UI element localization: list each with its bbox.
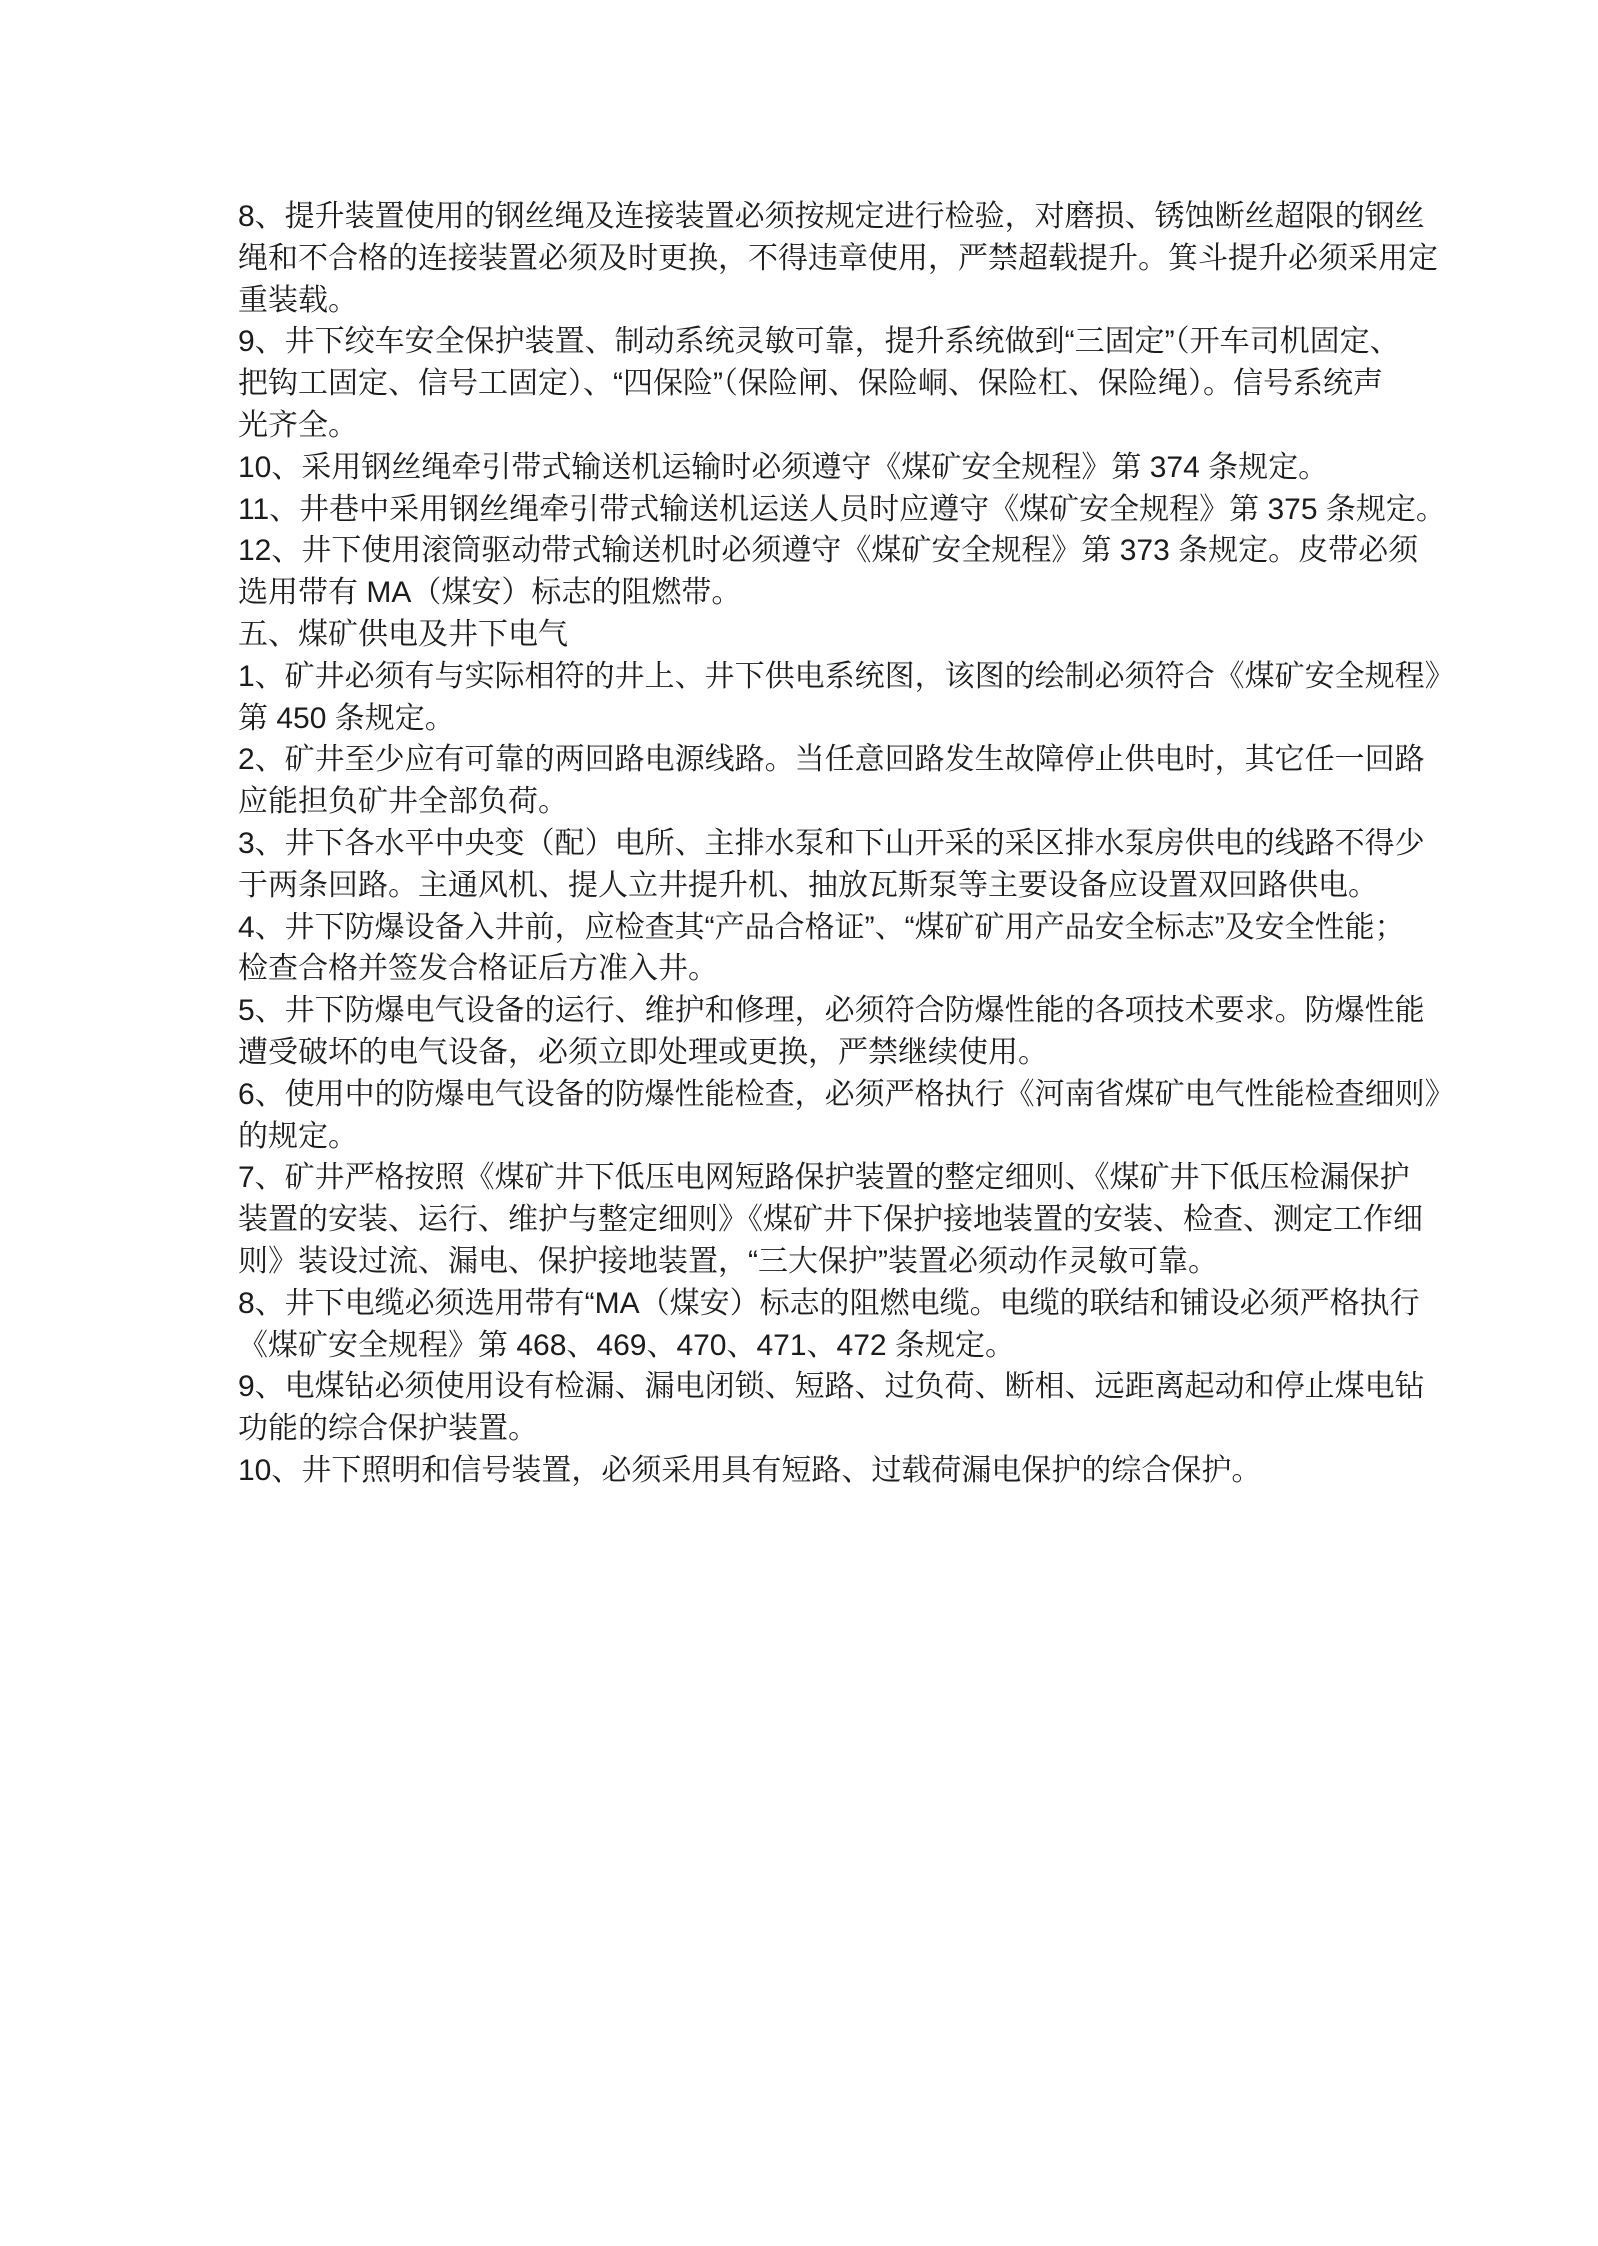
- text-line: 7、矿井严格按照《煤矿井下低压电网短路保护装置的整定细则、《煤矿井下低压检漏保护: [238, 1157, 1372, 1199]
- text-line: 遭受破坏的电气设备，必须立即处理或更换，严禁继续使用。: [238, 1032, 1372, 1074]
- text-line: 则》装设过流、漏电、保护接地装置，“三大保护”装置必须动作灵敏可靠。: [238, 1241, 1372, 1283]
- paragraph: 1、矿井必须有与实际相符的井上、井下供电系统图，该图的绘制必须符合《煤矿安全规程…: [238, 656, 1372, 740]
- text-line: 10、井下照明和信号装置，必须采用具有短路、过载荷漏电保护的综合保护。: [238, 1450, 1372, 1492]
- text-line: 8、井下电缆必须选用带有“MA（煤安）标志的阻燃电缆。电缆的联结和铺设必须严格执…: [238, 1283, 1372, 1325]
- paragraph: 6、使用中的防爆电气设备的防爆性能检查，必须严格执行《河南省煤矿电气性能检查细则…: [238, 1074, 1372, 1158]
- text-line: 6、使用中的防爆电气设备的防爆性能检查，必须严格执行《河南省煤矿电气性能检查细则…: [238, 1074, 1372, 1116]
- text-line: 第 450 条规定。: [238, 698, 1372, 740]
- paragraph: 3、井下各水平中央变（配）电所、主排水泵和下山开采的采区排水泵房供电的线路不得少…: [238, 823, 1372, 907]
- paragraph: 8、井下电缆必须选用带有“MA（煤安）标志的阻燃电缆。电缆的联结和铺设必须严格执…: [238, 1283, 1372, 1367]
- text-line: 11、井巷中采用钢丝绳牵引带式输送机运送人员时应遵守《煤矿安全规程》第 375 …: [238, 489, 1372, 531]
- paragraph: 10、井下照明和信号装置，必须采用具有短路、过载荷漏电保护的综合保护。: [238, 1450, 1372, 1492]
- text-line: 9、井下绞车安全保护装置、制动系统灵敏可靠，提升系统做到“三固定”（开车司机固定…: [238, 321, 1372, 363]
- text-line: 五、煤矿供电及井下电气: [238, 614, 1372, 656]
- text-line: 9、电煤钻必须使用设有检漏、漏电闭锁、短路、过负荷、断相、远距离起动和停止煤电钻: [238, 1366, 1372, 1408]
- text-line: 绳和不合格的连接装置必须及时更换，不得违章使用，严禁超载提升。箕斗提升必须采用定: [238, 238, 1372, 280]
- text-line: 10、采用钢丝绳牵引带式输送机运输时必须遵守《煤矿安全规程》第 374 条规定。: [238, 447, 1372, 489]
- text-line: 功能的综合保护装置。: [238, 1408, 1372, 1450]
- text-line: 《煤矿安全规程》第 468、469、470、471、472 条规定。: [238, 1325, 1372, 1367]
- paragraph: 五、煤矿供电及井下电气: [238, 614, 1372, 656]
- text-line: 检查合格并签发合格证后方准入井。: [238, 948, 1372, 990]
- paragraph: 8、提升装置使用的钢丝绳及连接装置必须按规定进行检验，对磨损、锈蚀断丝超限的钢丝…: [238, 196, 1372, 321]
- document-text-block: 8、提升装置使用的钢丝绳及连接装置必须按规定进行检验，对磨损、锈蚀断丝超限的钢丝…: [238, 196, 1372, 1492]
- text-line: 应能担负矿井全部负荷。: [238, 781, 1372, 823]
- document-page: 8、提升装置使用的钢丝绳及连接装置必须按规定进行检验，对磨损、锈蚀断丝超限的钢丝…: [0, 0, 1598, 2246]
- text-line: 重装载。: [238, 280, 1372, 322]
- text-line: 12、井下使用滚筒驱动带式输送机时必须遵守《煤矿安全规程》第 373 条规定。皮…: [238, 530, 1372, 572]
- text-line: 装置的安装、运行、维护与整定细则》《煤矿井下保护接地装置的安装、检查、测定工作细: [238, 1199, 1372, 1241]
- paragraph: 12、井下使用滚筒驱动带式输送机时必须遵守《煤矿安全规程》第 373 条规定。皮…: [238, 530, 1372, 614]
- paragraph: 11、井巷中采用钢丝绳牵引带式输送机运送人员时应遵守《煤矿安全规程》第 375 …: [238, 489, 1372, 531]
- paragraph: 9、电煤钻必须使用设有检漏、漏电闭锁、短路、过负荷、断相、远距离起动和停止煤电钻…: [238, 1366, 1372, 1450]
- paragraph: 7、矿井严格按照《煤矿井下低压电网短路保护装置的整定细则、《煤矿井下低压检漏保护…: [238, 1157, 1372, 1282]
- text-line: 3、井下各水平中央变（配）电所、主排水泵和下山开采的采区排水泵房供电的线路不得少: [238, 823, 1372, 865]
- text-line: 光齐全。: [238, 405, 1372, 447]
- text-line: 2、矿井至少应有可靠的两回路电源线路。当任意回路发生故障停止供电时，其它任一回路: [238, 739, 1372, 781]
- text-line: 于两条回路。主通风机、提人立井提升机、抽放瓦斯泵等主要设备应设置双回路供电。: [238, 865, 1372, 907]
- paragraph: 10、采用钢丝绳牵引带式输送机运输时必须遵守《煤矿安全规程》第 374 条规定。: [238, 447, 1372, 489]
- text-line: 把钩工固定、信号工固定）、“四保险”（保险闸、保险峒、保险杠、保险绳）。信号系统…: [238, 363, 1372, 405]
- text-line: 4、井下防爆设备入井前，应检查其“产品合格证”、“煤矿矿用产品安全标志”及安全性…: [238, 907, 1372, 949]
- paragraph: 4、井下防爆设备入井前，应检查其“产品合格证”、“煤矿矿用产品安全标志”及安全性…: [238, 907, 1372, 991]
- text-line: 的规定。: [238, 1116, 1372, 1158]
- text-line: 8、提升装置使用的钢丝绳及连接装置必须按规定进行检验，对磨损、锈蚀断丝超限的钢丝: [238, 196, 1372, 238]
- text-line: 5、井下防爆电气设备的运行、维护和修理，必须符合防爆性能的各项技术要求。防爆性能: [238, 990, 1372, 1032]
- text-line: 选用带有 MA（煤安）标志的阻燃带。: [238, 572, 1372, 614]
- text-line: 1、矿井必须有与实际相符的井上、井下供电系统图，该图的绘制必须符合《煤矿安全规程…: [238, 656, 1372, 698]
- paragraph: 2、矿井至少应有可靠的两回路电源线路。当任意回路发生故障停止供电时，其它任一回路…: [238, 739, 1372, 823]
- paragraph: 9、井下绞车安全保护装置、制动系统灵敏可靠，提升系统做到“三固定”（开车司机固定…: [238, 321, 1372, 446]
- paragraph: 5、井下防爆电气设备的运行、维护和修理，必须符合防爆性能的各项技术要求。防爆性能…: [238, 990, 1372, 1074]
